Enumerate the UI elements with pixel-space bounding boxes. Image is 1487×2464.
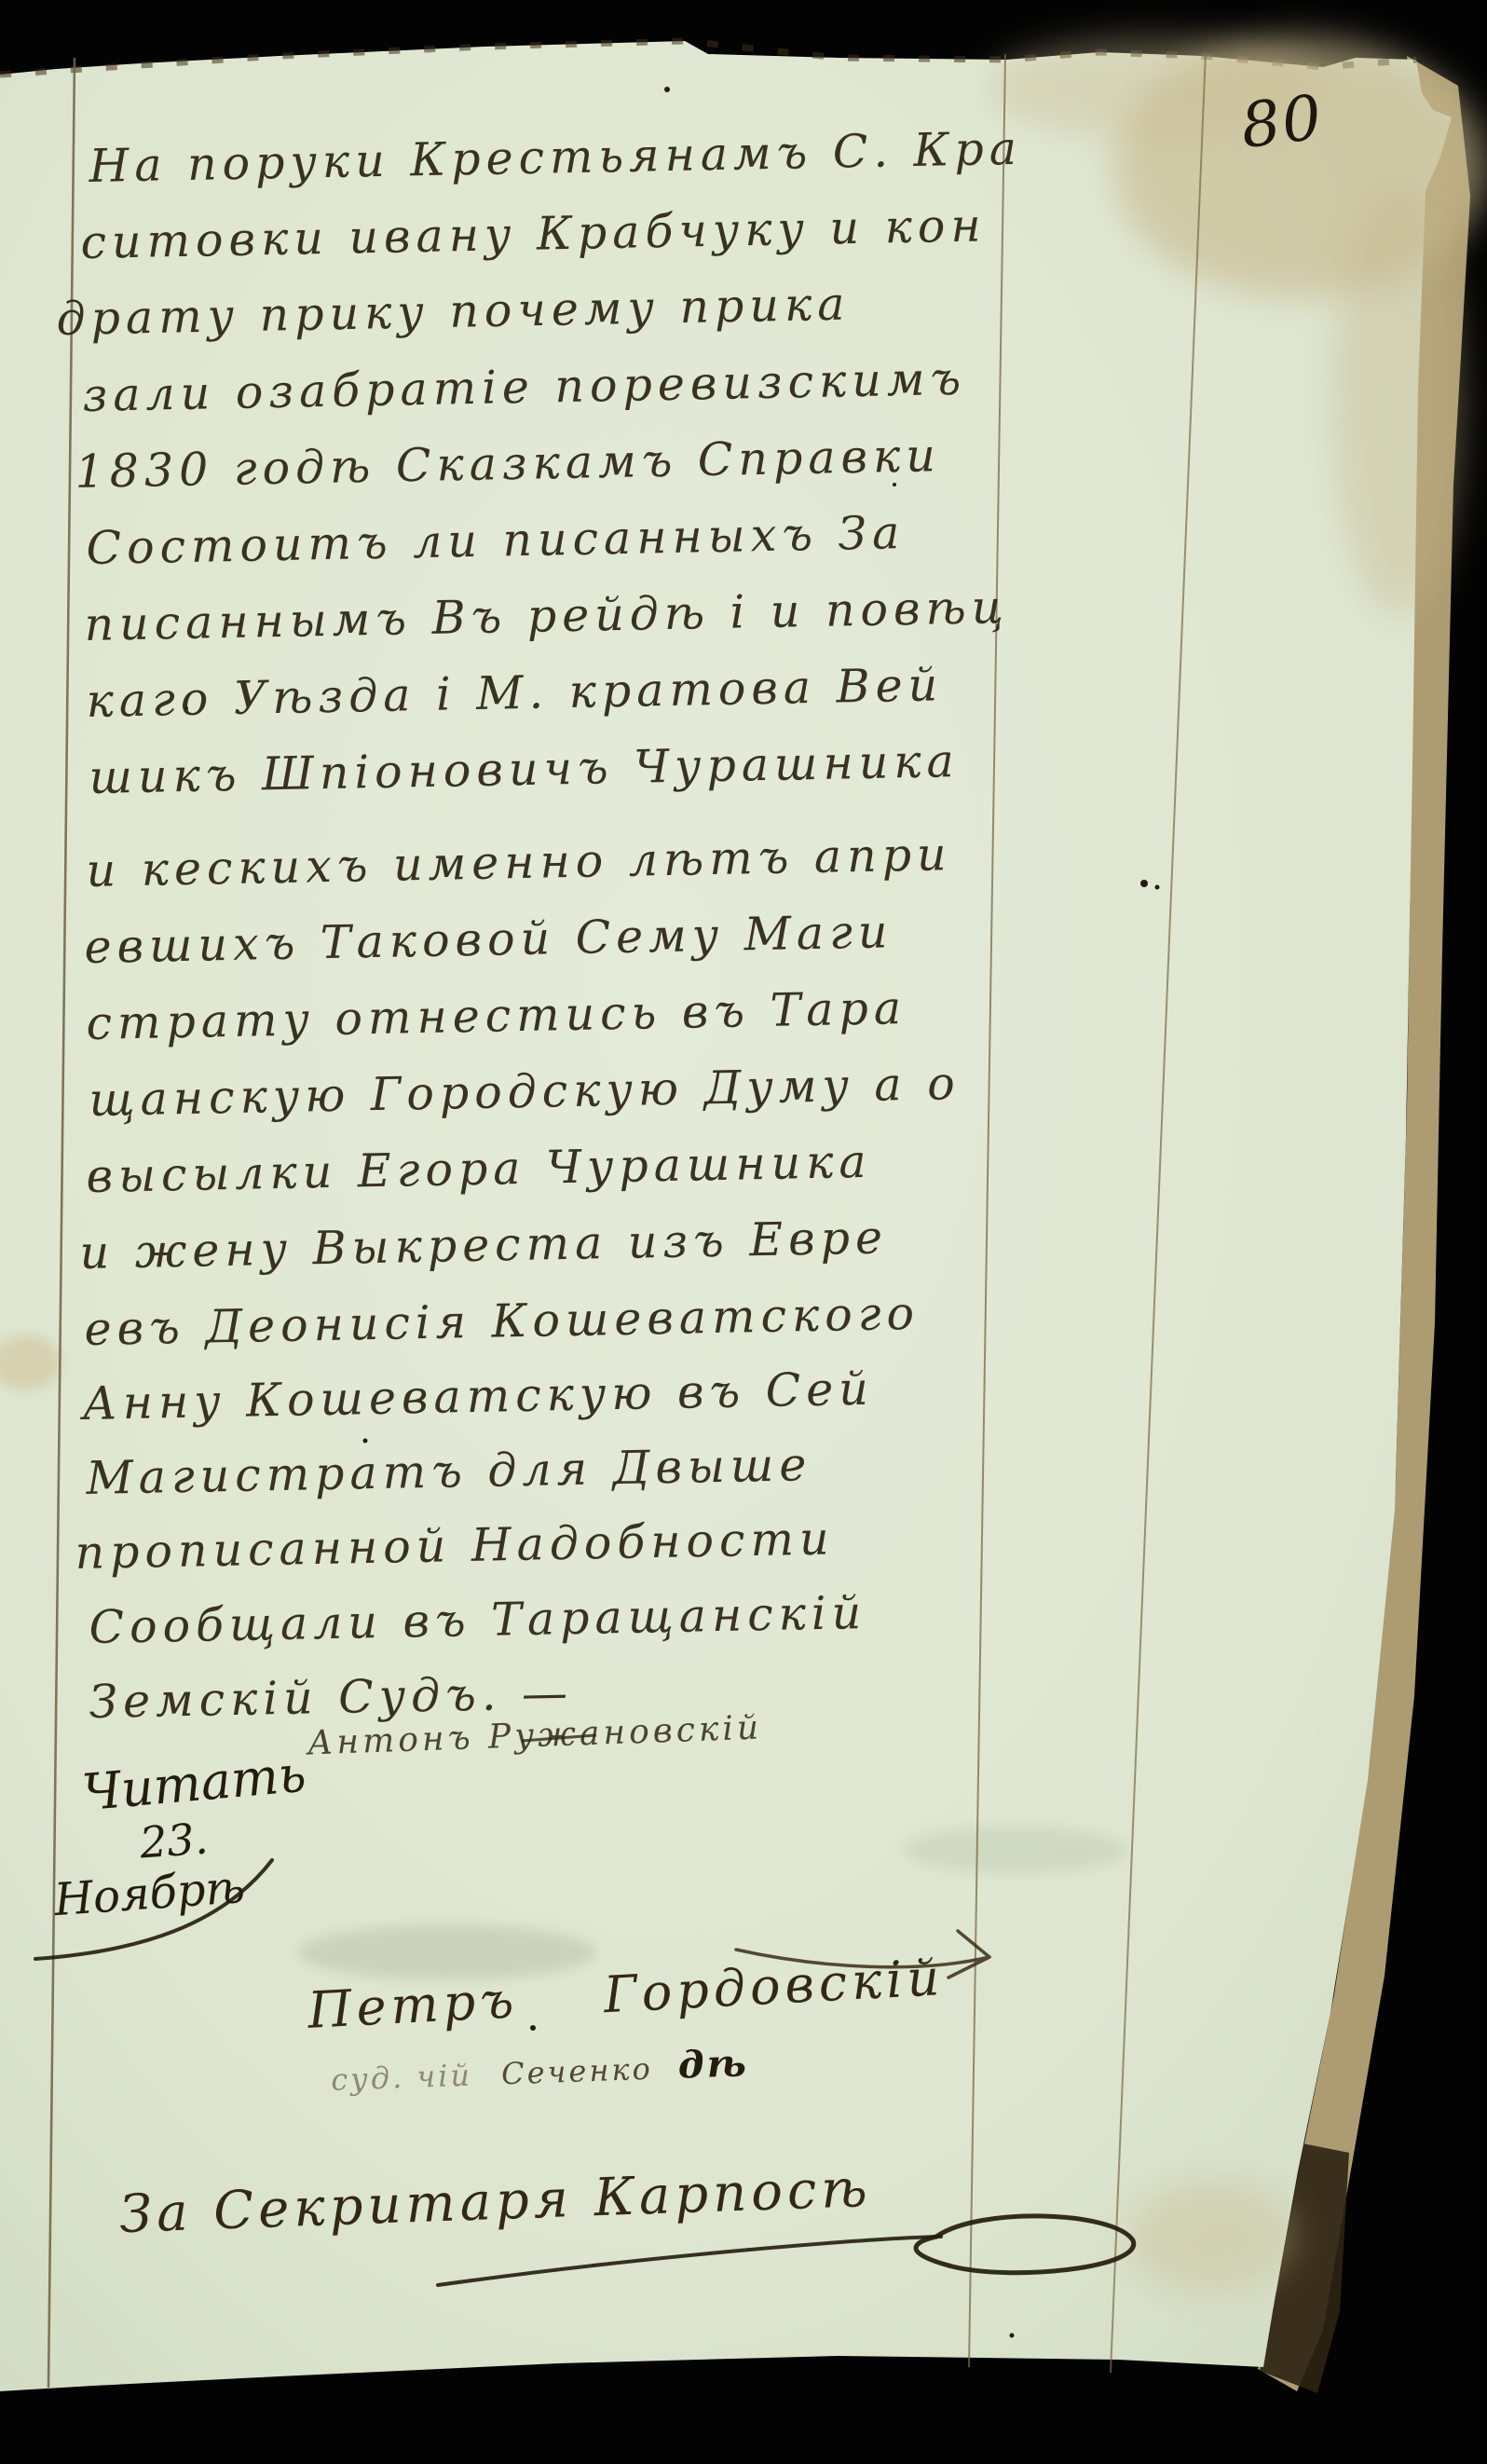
bleedthrough-shadow-2 — [904, 1826, 1127, 1874]
stain-bottom-right-edge — [1127, 2181, 1295, 2293]
scanned-document-photo: 80 На поруки Крестьянамъ С. Кра ситовки … — [0, 0, 1487, 2464]
faded-note-part2: Сеченко — [500, 2051, 653, 2092]
stain-top-right-2 — [1332, 186, 1463, 615]
page-number: 80 — [1237, 81, 1328, 162]
faded-note-part1: суд. чій — [331, 2058, 473, 2098]
faded-note-part3: дѣ — [677, 2041, 749, 2088]
margin-note-line2: 23. — [138, 1814, 210, 1869]
